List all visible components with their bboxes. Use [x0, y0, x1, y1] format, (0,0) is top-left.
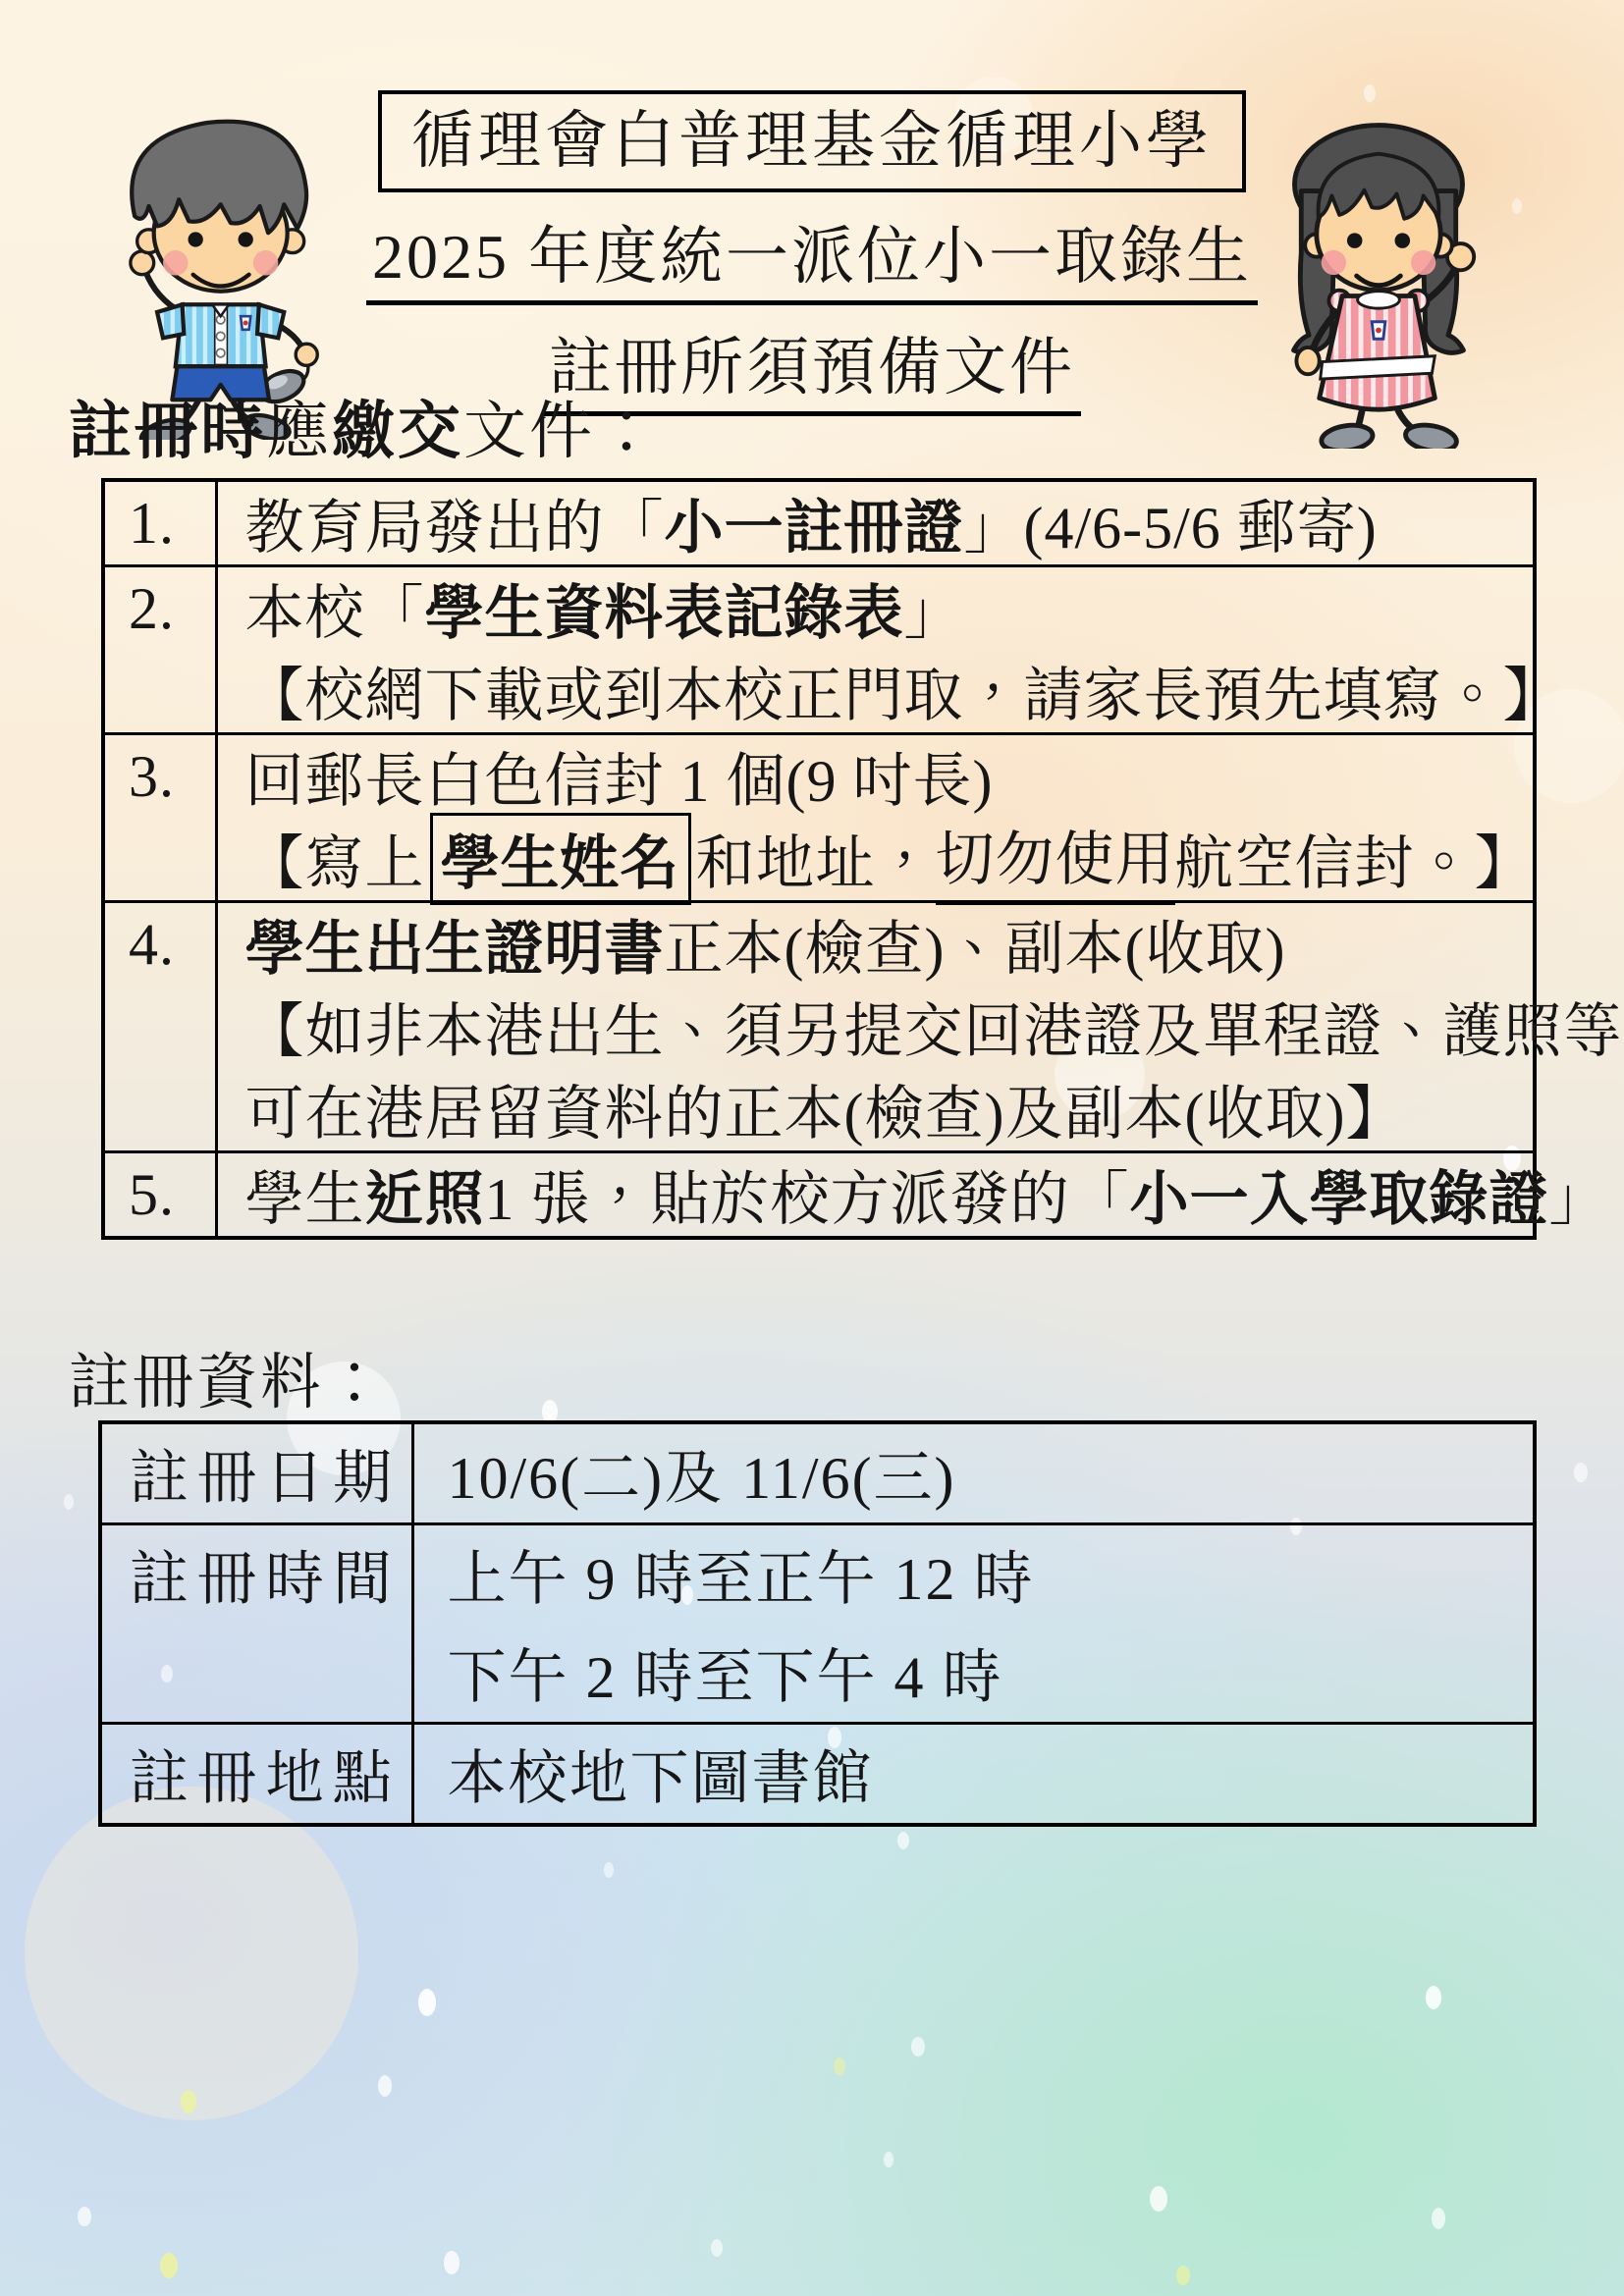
documents-heading: 註冊時應繳交文件：: [69, 400, 661, 463]
table-row: 2.本校「學生資料表記錄表」【校網下載或到本校正門取，請家長預先填寫。】: [103, 566, 1535, 734]
text-segment: 教育局發出的「: [245, 481, 665, 565]
text-segment: 【校網下載或到本校正門取，請家長預先填寫。】: [245, 649, 1563, 733]
registration-info-table: 註冊日期10/6(二)及 11/6(三)註冊時間上午 9 時至正午 12 時下午…: [98, 1420, 1537, 1827]
text-segment: 」: [904, 566, 964, 651]
table-row: 5.學生近照 1 張，貼於校方派發的「小一入學取錄證」: [103, 1152, 1535, 1239]
table-row: 註冊地點本校地下圖書館: [100, 1724, 1535, 1826]
row-number: 3.: [105, 735, 215, 818]
text-segment: 本校「: [245, 566, 425, 651]
info-label: 註冊地點: [102, 1725, 411, 1823]
text-segment: 1 張，貼於校方派發的「: [485, 1152, 1130, 1237]
title-year-line: 2025 年度統一派位小一取錄生: [366, 226, 1258, 305]
text-segment: 和地址，: [696, 817, 936, 901]
text-segment: 繳交: [332, 397, 463, 466]
info-value-line: 10/6(二)及 11/6(三): [414, 1424, 1534, 1522]
info-value-line: 本校地下圖書館: [414, 1725, 1534, 1823]
text-segment: 學生: [245, 1152, 365, 1237]
text-segment: 【如非本港出生、須另提交回港證及單程證、護照等: [245, 985, 1623, 1069]
table-row: 3.回郵長白色信封 1 個(9 吋長)【寫上學生姓名和地址，切勿使用航空信封。】: [103, 734, 1535, 902]
table-row: 1.教育局發出的「小一註冊證」(4/6-5/6 郵寄): [103, 480, 1535, 566]
row-number: 2.: [105, 567, 215, 650]
text-segment: 【寫上: [245, 817, 425, 901]
text-segment: 學生資料表記錄表: [425, 566, 904, 651]
table-cell-line: 學生出生證明書正本(檢查)、副本(收取): [218, 903, 1534, 986]
title-block: 循理會白普理基金循理小學 2025 年度統一派位小一取錄生 註冊所須預備文件: [0, 90, 1624, 416]
table-cell-line: 本校「學生資料表記錄表」: [218, 567, 1534, 650]
text-segment: 學生姓名: [430, 813, 691, 905]
table-cell-line: 【校網下載或到本校正門取，請家長預先填寫。】: [218, 650, 1534, 732]
text-segment: 文件：: [463, 397, 661, 466]
table-row: 4.學生出生證明書正本(檢查)、副本(收取)【如非本港出生、須另提交回港證及單程…: [103, 902, 1535, 1152]
table-cell-line: 【寫上學生姓名和地址，切勿使用航空信封。】: [218, 818, 1534, 900]
text-segment: 」: [1549, 1152, 1609, 1237]
text-segment: 小一入學取錄證: [1130, 1152, 1549, 1237]
text-segment: 正本(檢查)、副本(收取): [665, 902, 1286, 987]
table-cell-line: 教育局發出的「小一註冊證」(4/6-5/6 郵寄): [218, 482, 1534, 564]
table-cell-line: 學生近照 1 張，貼於校方派發的「小一入學取錄證」: [218, 1153, 1534, 1236]
text-segment: 回郵長白色信封 1 個(9 吋長): [245, 734, 994, 819]
table-cell-line: 可在港居留資料的正本(檢查)及副本(收取)】: [218, 1068, 1534, 1150]
text-segment: 近照: [365, 1152, 485, 1237]
row-number: 5.: [105, 1153, 215, 1236]
table-cell-line: 回郵長白色信封 1 個(9 吋長): [218, 735, 1534, 818]
info-value-line: 下午 2 時至下午 4 時: [414, 1624, 1534, 1722]
document-page: 循理會白普理基金循理小學 2025 年度統一派位小一取錄生 註冊所須預備文件 註…: [0, 0, 1624, 2296]
text-segment: 」(4/6-5/6 郵寄): [964, 481, 1378, 565]
registration-info-heading: 註冊資料：: [69, 1353, 388, 1414]
info-label: 註冊日期: [102, 1424, 411, 1522]
text-segment: 註冊時: [69, 397, 266, 466]
info-label: 註冊時間: [102, 1525, 411, 1624]
text-segment: 小一註冊證: [665, 481, 964, 565]
info-value-line: 上午 9 時至正午 12 時: [414, 1525, 1534, 1624]
row-number: 4.: [105, 903, 215, 986]
text-segment: 切勿使用: [936, 813, 1175, 905]
table-row: 註冊時間上午 9 時至正午 12 時下午 2 時至下午 4 時: [100, 1524, 1535, 1724]
text-segment: 應: [266, 397, 332, 466]
school-name-title: 循理會白普理基金循理小學: [378, 90, 1246, 192]
documents-table: 1.教育局發出的「小一註冊證」(4/6-5/6 郵寄)2.本校「學生資料表記錄表…: [101, 478, 1537, 1240]
table-row: 註冊日期10/6(二)及 11/6(三): [100, 1422, 1535, 1524]
text-segment: 航空信封。】: [1175, 817, 1535, 901]
row-number: 1.: [105, 482, 215, 564]
table-cell-line: 【如非本港出生、須另提交回港證及單程證、護照等: [218, 986, 1534, 1068]
text-segment: 可在港居留資料的正本(檢查)及副本(收取)】: [245, 1067, 1406, 1151]
text-segment: 學生出生證明書: [245, 902, 665, 987]
